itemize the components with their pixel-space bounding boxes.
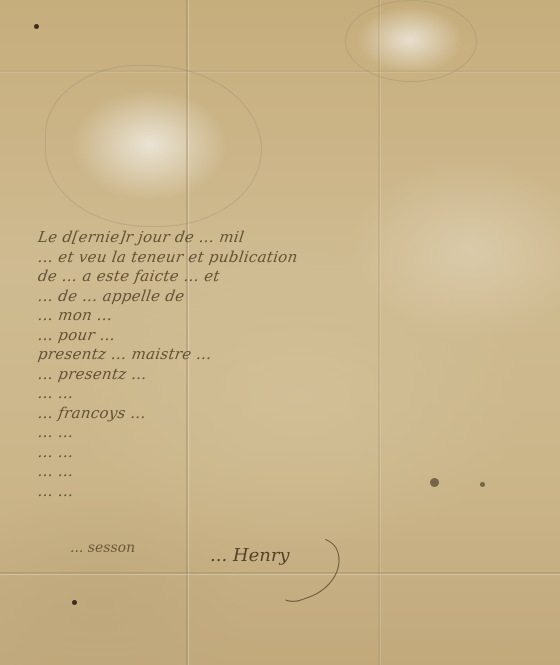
seal-residue-left (45, 65, 262, 227)
fold-line-horizontal (0, 70, 560, 72)
text-line: ... francoys ... (37, 404, 510, 424)
signature-paraph-icon (262, 529, 349, 607)
text-line: ... et veu la teneur et publication (37, 248, 510, 268)
ink-spot (72, 600, 77, 605)
text-line: ... ... (37, 443, 510, 463)
text-line: ... de ... appelle de (37, 287, 510, 307)
text-line: ... presentz ... (37, 365, 510, 385)
text-line: Le d[ernie]r jour de ... mil (37, 228, 510, 248)
text-line: ... ... (37, 462, 510, 482)
seal-residue-right (345, 0, 477, 82)
marginal-note: ... sesson (70, 540, 135, 556)
ink-spot (34, 24, 39, 29)
text-line: presentz ... maistre ... (37, 345, 510, 365)
text-line: ... ... (37, 384, 510, 404)
parchment-sheet: Le d[ernie]r jour de ... mil ... et veu … (0, 0, 560, 665)
text-line: de ... a este faicte ... et (37, 267, 510, 287)
manuscript-text: Le d[ernie]r jour de ... mil ... et veu … (38, 228, 508, 501)
text-line: ... ... (37, 423, 510, 443)
text-line: ... ... (37, 482, 510, 502)
text-line: ... mon ... (37, 306, 510, 326)
text-line: ... pour ... (37, 326, 510, 346)
